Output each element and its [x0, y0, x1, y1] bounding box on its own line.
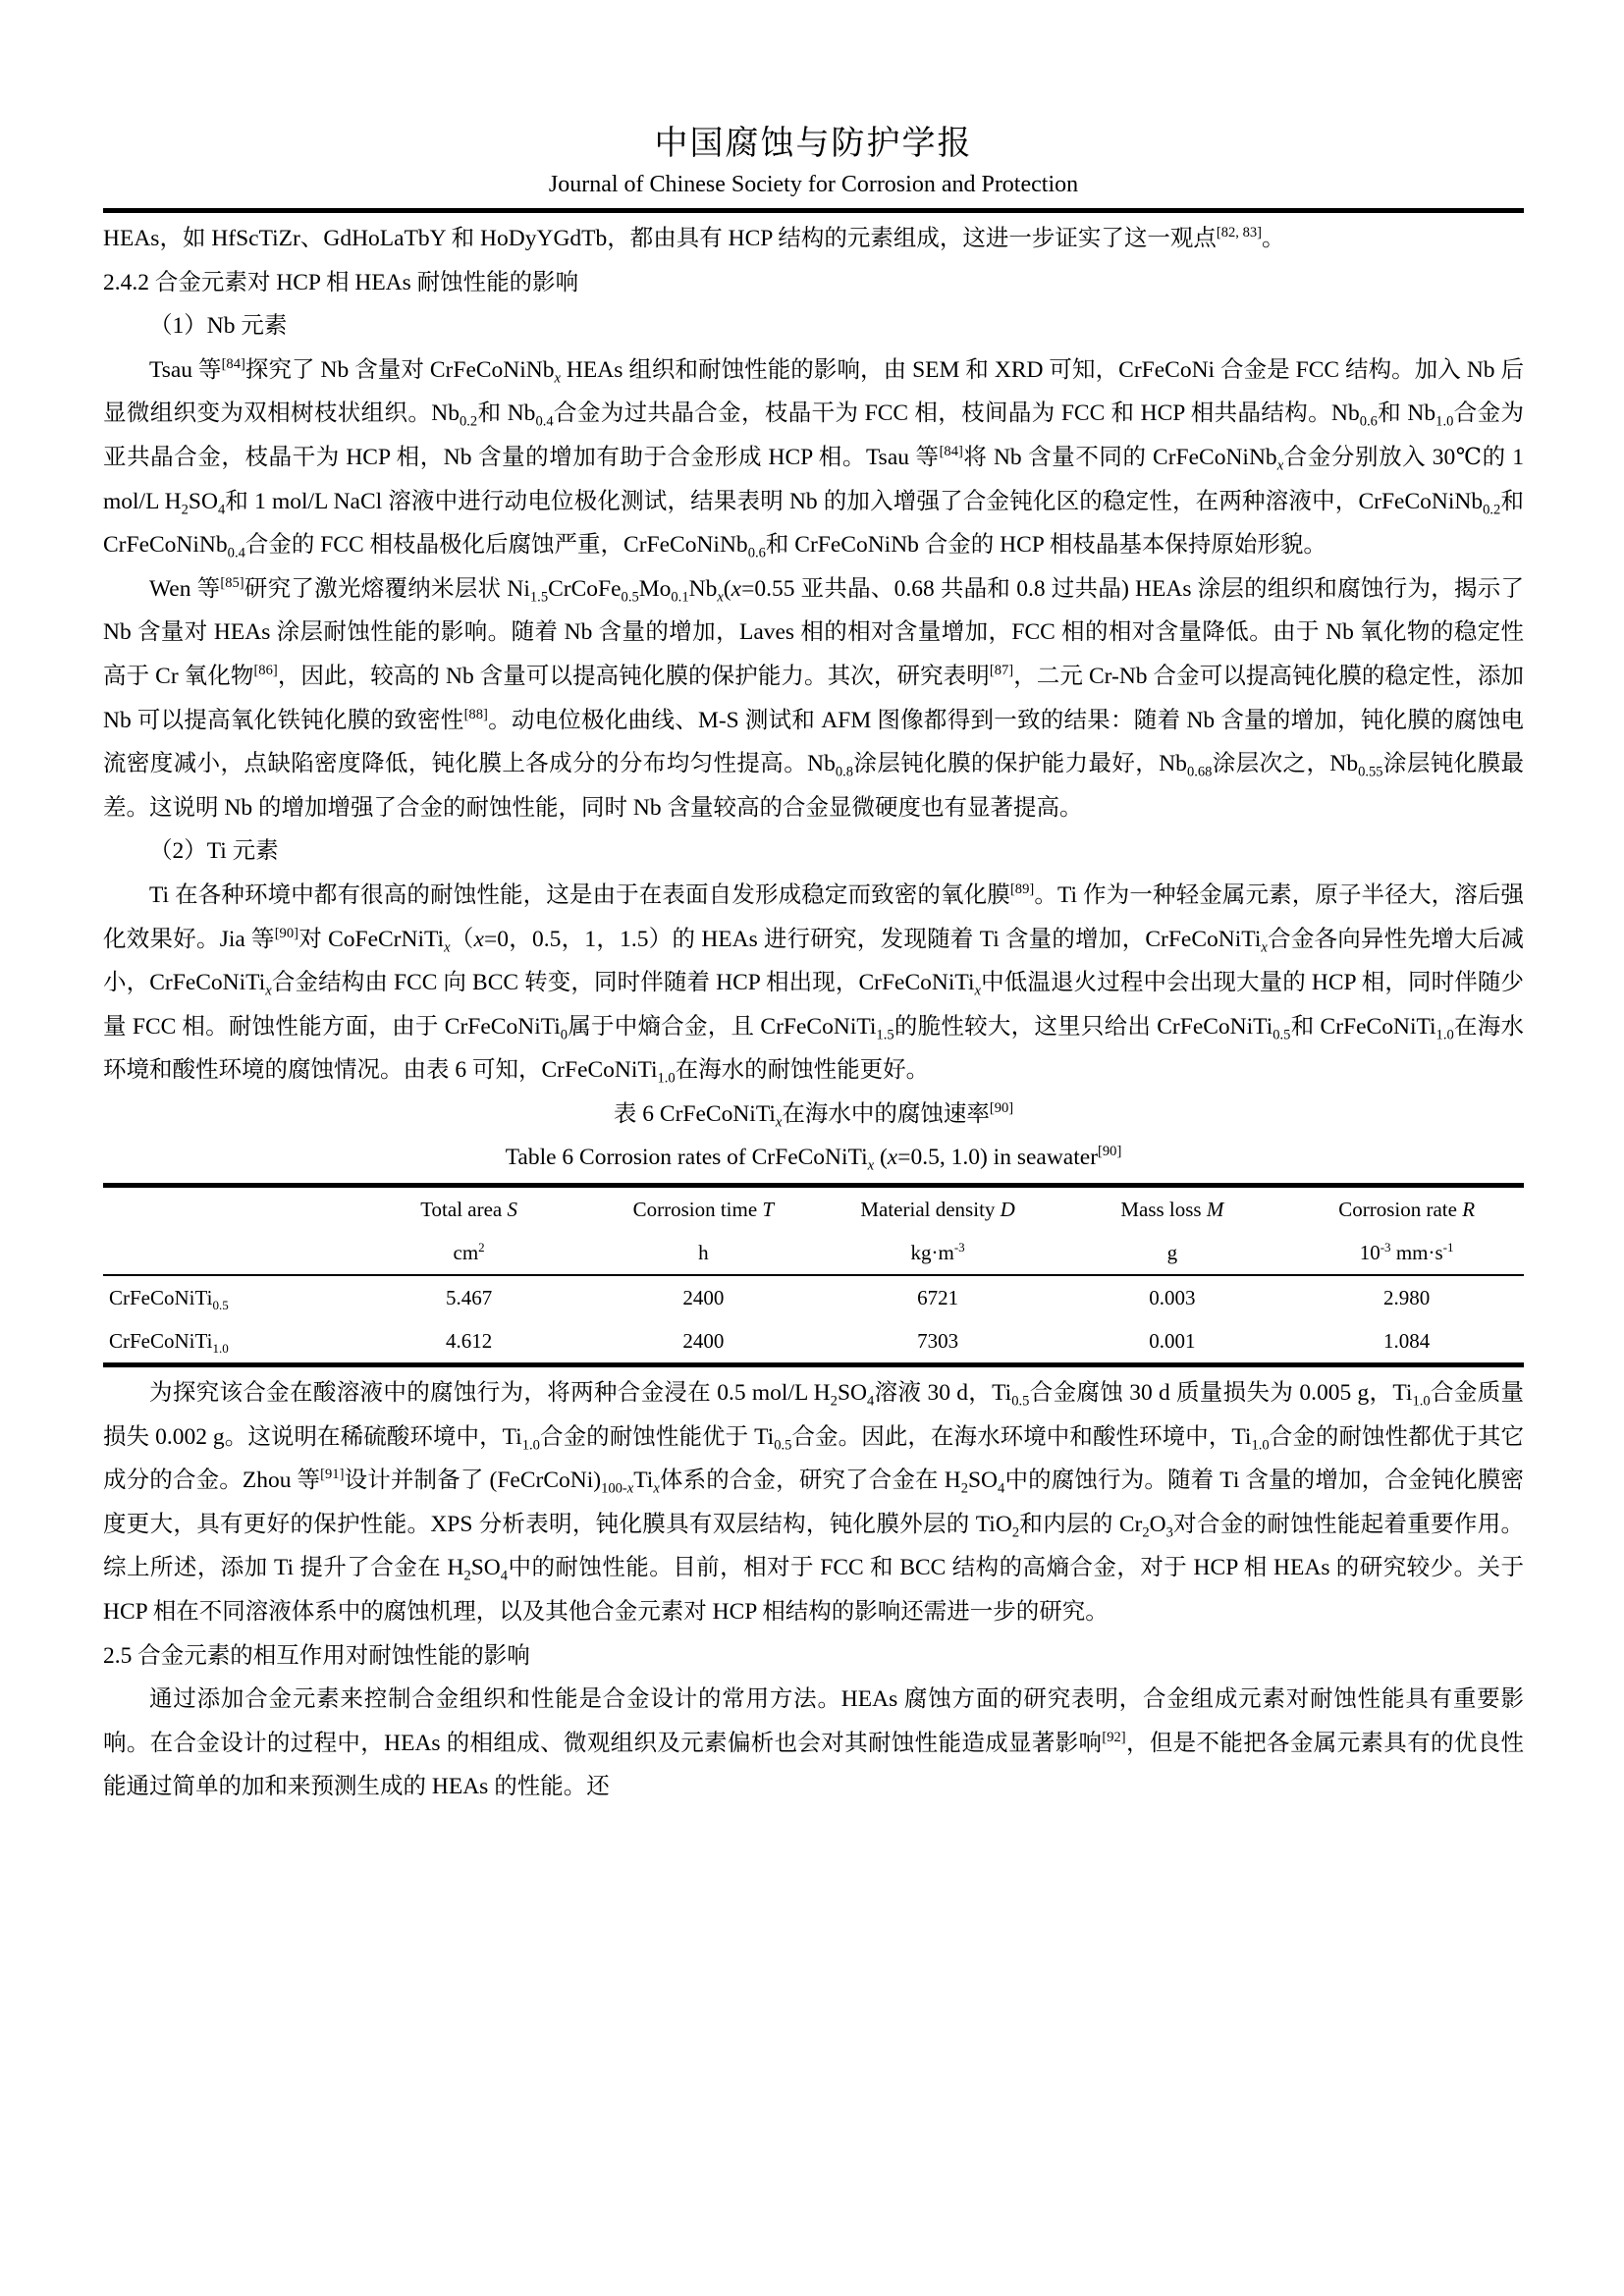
table-caption-zh: 表 6 CrFeCoNiTix在海水中的腐蚀速率[90]	[103, 1093, 1524, 1137]
table-cell: 5.467	[352, 1275, 586, 1319]
paragraph: Wen 等[85]研究了激光熔覆纳米层状 Ni1.5CrCoFe0.5Mo0.1…	[103, 567, 1524, 830]
row-label-cell: CrFeCoNiTi0.5	[103, 1275, 352, 1319]
table-cell: 0.003	[1055, 1275, 1289, 1319]
table-cell: 4.612	[352, 1319, 586, 1365]
table-caption-en: Table 6 Corrosion rates of CrFeCoNiTix (…	[103, 1136, 1524, 1180]
table-cell: Mass loss M	[1055, 1186, 1289, 1232]
table-cell: h	[586, 1231, 821, 1275]
paragraph: Ti 在各种环境中都有很高的耐蚀性能，这是由于在表面自发形成稳定而致密的氧化膜[…	[103, 874, 1524, 1093]
section-heading: 2.4.2 合金元素对 HCP 相 HEAs 耐蚀性能的影响	[103, 261, 1524, 305]
paragraph: 为探究该合金在酸溶液中的腐蚀行为，将两种合金浸在 0.5 mol/L H2SO4…	[103, 1371, 1524, 1634]
paragraph: 通过添加合金元素来控制合金组织和性能是合金设计的常用方法。HEAs 腐蚀方面的研…	[103, 1678, 1524, 1809]
journal-page: 中国腐蚀与防护学报 Journal of Chinese Society for…	[0, 0, 1624, 2296]
table-cell: 2400	[586, 1275, 821, 1319]
corrosion-rates-table: Total area SCorrosion time TMaterial den…	[103, 1183, 1524, 1367]
table-units-row: cm2hkg·m-3g10-3 mm·s-1	[103, 1231, 1524, 1275]
journal-title-cn: 中国腐蚀与防护学报	[103, 116, 1524, 164]
list-item: （1）Nb 元素	[103, 304, 1524, 348]
section-heading: 2.5 合金元素的相互作用对耐蚀性能的影响	[103, 1634, 1524, 1679]
row-label-cell: CrFeCoNiTi1.0	[103, 1319, 352, 1365]
table-row: CrFeCoNiTi1.04.612240073030.0011.084	[103, 1319, 1524, 1365]
paragraph: HEAs，如 HfScTiZr、GdHoLaTbY 和 HoDyYGdTb，都由…	[103, 217, 1524, 261]
table-row: CrFeCoNiTi0.55.467240067210.0032.980	[103, 1275, 1524, 1319]
table-cell: Material density D	[821, 1186, 1056, 1232]
table-header-row: Total area SCorrosion time TMaterial den…	[103, 1186, 1524, 1232]
list-item: （2）Ti 元素	[103, 829, 1524, 874]
table-cell: 7303	[821, 1319, 1056, 1365]
table-cell: 6721	[821, 1275, 1056, 1319]
article-body: HEAs，如 HfScTiZr、GdHoLaTbY 和 HoDyYGdTb，都由…	[103, 217, 1524, 1809]
row-label-cell	[103, 1186, 352, 1232]
paragraph: Tsau 等[84]探究了 Nb 含量对 CrFeCoNiNbx HEAs 组织…	[103, 348, 1524, 567]
table-cell: kg·m-3	[821, 1231, 1056, 1275]
table-cell: g	[1055, 1231, 1289, 1275]
journal-title-en: Journal of Chinese Society for Corrosion…	[103, 172, 1524, 198]
table-cell: Total area S	[352, 1186, 586, 1232]
table-cell: Corrosion time T	[586, 1186, 821, 1232]
table-cell: 10-3 mm·s-1	[1289, 1231, 1524, 1275]
table-cell: 1.084	[1289, 1319, 1524, 1365]
header-rule	[103, 208, 1524, 213]
table-cell: cm2	[352, 1231, 586, 1275]
table-cell: 0.001	[1055, 1319, 1289, 1365]
table-cell: Corrosion rate R	[1289, 1186, 1524, 1232]
row-label-cell	[103, 1231, 352, 1275]
table-cell: 2.980	[1289, 1275, 1524, 1319]
table-cell: 2400	[586, 1319, 821, 1365]
